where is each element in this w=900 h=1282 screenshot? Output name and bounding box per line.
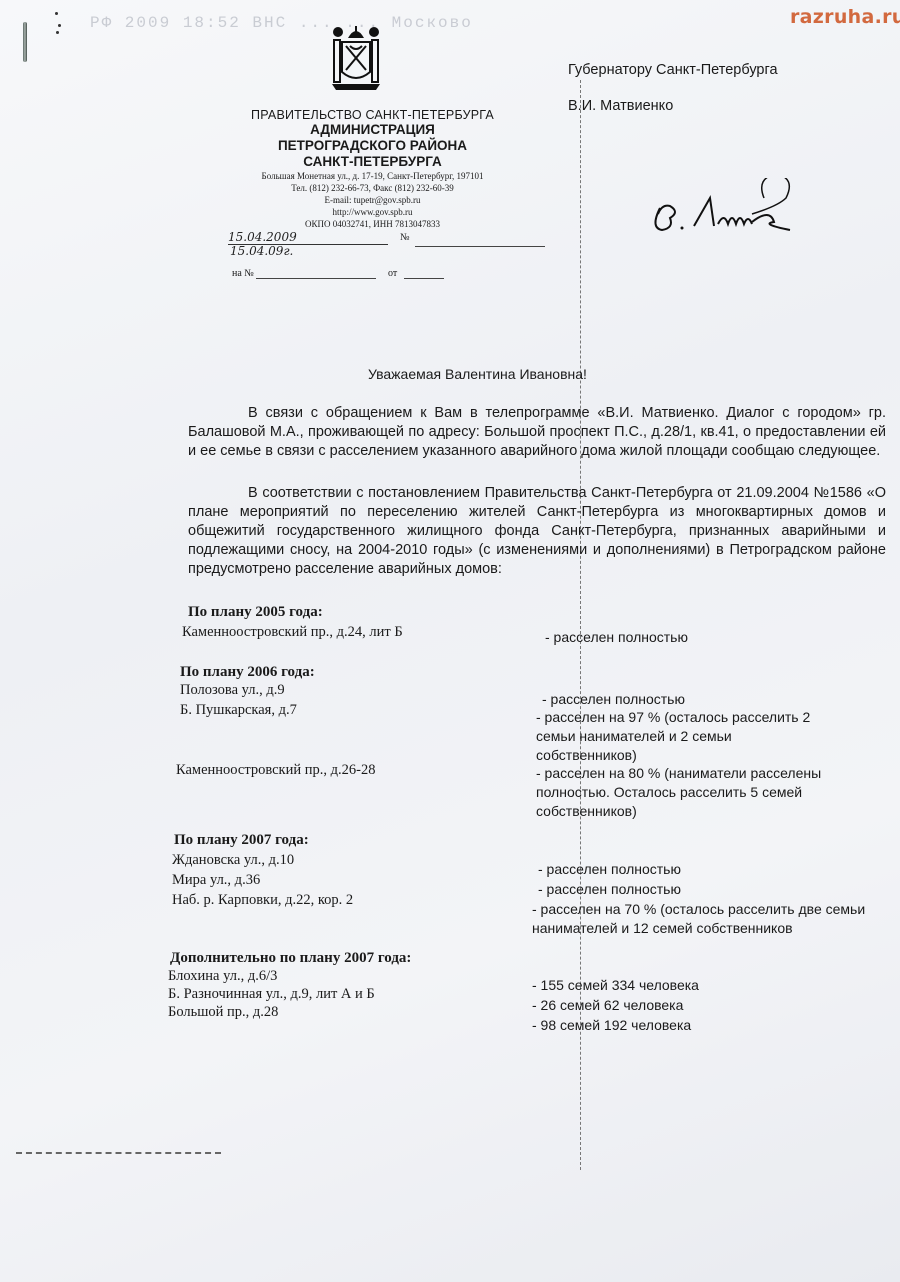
handwritten-date-1: 15.04.2009	[228, 230, 388, 245]
number-line	[415, 246, 545, 247]
body-paragraph-1: В связи с обращением к Вам в телепрограм…	[188, 404, 886, 461]
recipient-name: В.И. Матвиенко	[568, 98, 673, 114]
plan-address: Каменноостровский пр., д.24, лит Б	[182, 624, 403, 641]
letterhead-web: http://www.gov.spb.ru	[205, 206, 540, 218]
staple-mark	[23, 22, 27, 62]
plan-status: - 98 семей 192 человека	[532, 1016, 691, 1035]
coat-of-arms-icon	[328, 24, 384, 92]
plan-heading-2006: По плану 2006 года:	[180, 664, 315, 681]
letterhead-address: Большая Монетная ул., д. 17-19, Санкт-Пе…	[205, 170, 540, 182]
plan-status: - расселен на 80 % (наниматели расселены…	[536, 764, 866, 821]
handwritten-signature	[640, 178, 810, 238]
plan-status: - расселен на 97 % (осталось расселить 2…	[536, 708, 826, 765]
plan-address: Б. Пушкарская, д.7	[180, 702, 297, 719]
plan-address: Большой пр., д.28	[168, 1004, 278, 1021]
plan-heading-additional-2007: Дополнительно по плану 2007 года:	[170, 950, 411, 967]
letterhead-admin-1: АДМИНИСТРАЦИЯ	[205, 122, 540, 138]
letterhead-admin-2: ПЕТРОГРАДСКОГО РАЙОНА	[205, 138, 540, 154]
bleed-through-text: РФ 2009 18:52 ВНС ... ... Москово	[90, 14, 473, 32]
plan-status: - расселен полностью	[542, 690, 685, 709]
punch-mark	[58, 24, 61, 27]
plan-status: - 155 семей 334 человека	[532, 976, 699, 995]
punch-mark	[56, 31, 59, 34]
plan-address: Блохина ул., д.6/3	[168, 968, 277, 985]
plan-address: Мира ул., д.36	[172, 872, 260, 889]
ref-from-line	[404, 278, 444, 279]
letterhead-codes: ОКПО 04032741, ИНН 7813047833	[205, 218, 540, 230]
letterhead-admin-3: САНКТ-ПЕТЕРБУРГА	[205, 154, 540, 170]
plan-address: Каменноостровский пр., д.26-28	[176, 762, 375, 779]
plan-heading-2007: По плану 2007 года:	[174, 832, 309, 849]
plan-address: Б. Разночинная ул., д.9, лит А и Б	[168, 986, 375, 1003]
letterhead-gov: ПРАВИТЕЛЬСТВО САНКТ-ПЕТЕРБУРГА	[205, 108, 540, 122]
plan-heading-2005: По плану 2005 года:	[188, 604, 323, 621]
letterhead-email: E-mail: tupetr@gov.spb.ru	[205, 194, 540, 206]
plan-status: - расселен полностью	[538, 880, 681, 899]
plan-status: - расселен на 70 % (осталось расселить д…	[532, 900, 868, 938]
plan-status: - 26 семей 62 человека	[532, 996, 683, 1015]
dashed-separator	[16, 1152, 221, 1154]
recipient-title: Губернатору Санкт-Петербурга	[568, 62, 778, 78]
handwritten-date-2: 15.04.09г.	[230, 244, 293, 258]
letterhead-phone: Тел. (812) 232-66-73, Факс (812) 232-60-…	[205, 182, 540, 194]
salutation: Уважаемая Валентина Ивановна!	[368, 366, 587, 382]
plan-address: Полозова ул., д.9	[180, 682, 285, 699]
plan-status: - расселен полностью	[545, 628, 688, 647]
punch-mark	[55, 12, 58, 15]
plan-address: Наб. р. Карповки, д.22, кор. 2	[172, 892, 353, 909]
ref-label: на №	[232, 268, 254, 279]
ref-from-label: от	[388, 268, 397, 279]
body-paragraph-2: В соответствии с постановлением Правител…	[188, 484, 886, 579]
plan-address: Ждановска ул., д.10	[172, 852, 294, 869]
letterhead: ПРАВИТЕЛЬСТВО САНКТ-ПЕТЕРБУРГА АДМИНИСТР…	[205, 108, 540, 230]
number-label: №	[400, 232, 410, 243]
site-watermark: razruha.ru	[790, 6, 900, 28]
ref-line	[256, 278, 376, 279]
plan-status: - расселен полностью	[538, 860, 681, 879]
